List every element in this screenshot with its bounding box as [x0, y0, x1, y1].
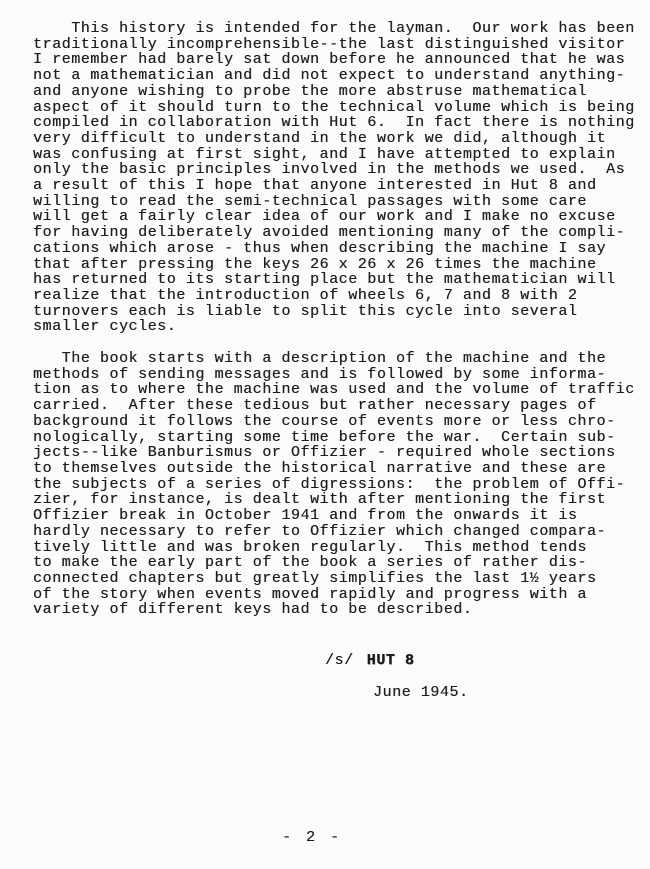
signature-prefix: /s/ [325, 652, 354, 669]
date-line: June 1945. [33, 685, 635, 701]
document-body: This history is intended for the layman.… [33, 21, 635, 700]
page-number: - 2 - [282, 830, 342, 846]
document-page: This history is intended for the layman.… [0, 0, 650, 869]
paragraph: The book starts with a description of th… [33, 351, 635, 618]
signature-name: HUT 8 [367, 652, 415, 669]
signature-line: /s/HUT 8 [33, 653, 635, 669]
paragraph: This history is intended for the layman.… [33, 21, 635, 335]
